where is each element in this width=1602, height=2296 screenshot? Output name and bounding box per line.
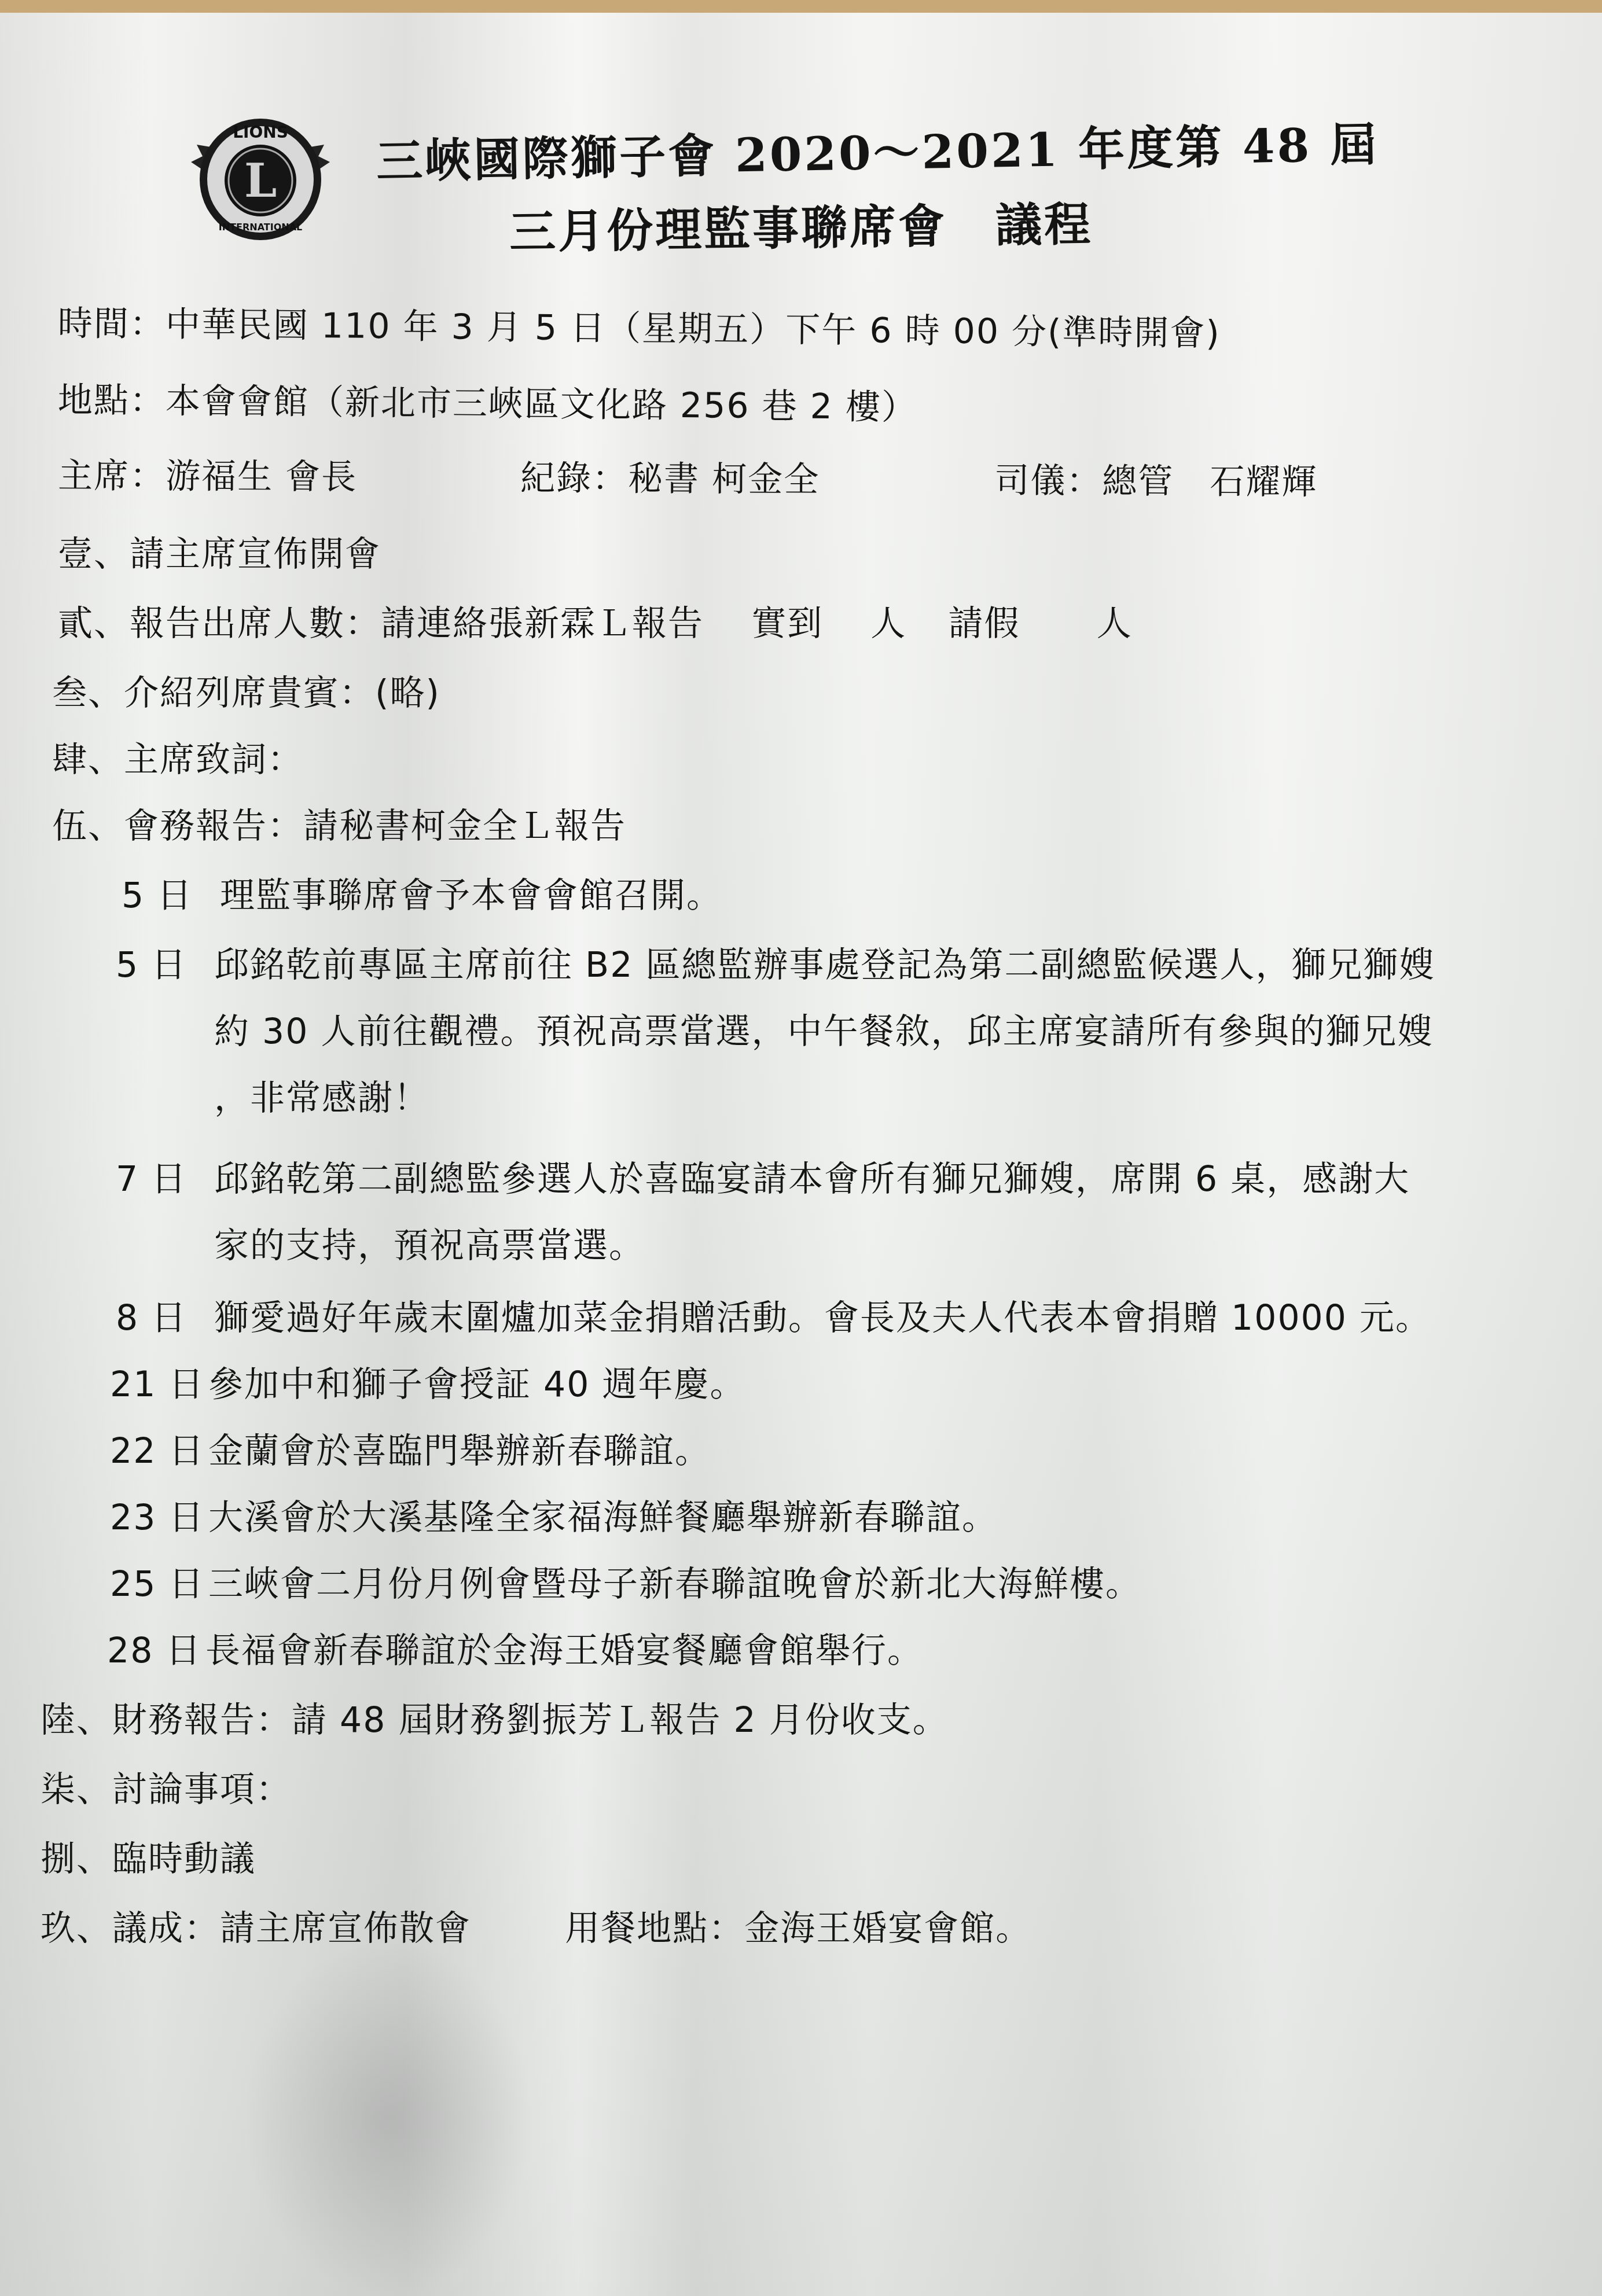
- report-item: 25 日三峽會二月份月例會暨母子新春聯誼晚會於新北大海鮮樓。: [110, 1557, 1141, 1606]
- report-item: 7 日邱銘乾第二副總監參選人於喜臨宴請本會所有獅兄獅嫂，席開 6 桌，感謝大: [116, 1151, 1410, 1201]
- agenda-item-2: 貳、報告出席人數：請連絡張新霖Ｌ報告 實到 人 請假 人: [58, 596, 1133, 646]
- place-label: 地點：: [58, 380, 166, 422]
- lions-international-logo-icon: L LIONS INTERNATIONAL: [185, 104, 336, 255]
- document-title-line2: 三月份理監事聯席會 議程: [509, 187, 1093, 262]
- dinner-location: 用餐地點：金海王婚宴會館。: [565, 1908, 1031, 1949]
- time-value: 中華民國 110 年 3 月 5 日（星期五）下午 6 時 00 分(準時開會): [166, 304, 1221, 354]
- agenda-item-7: 柒、討論事項：: [41, 1762, 292, 1812]
- record-value: 秘書 柯金全: [628, 458, 820, 500]
- report-item: 23 日大溪會於大溪基隆全家福海鮮餐廳舉辦新春聯誼。: [110, 1490, 998, 1540]
- mc-value: 總管 石耀輝: [1102, 461, 1317, 503]
- document-title-line1: 三峽國際獅子會 2020～2021 年度第 48 屆: [376, 107, 1379, 191]
- report-item: 22 日金蘭會於喜臨門舉辦新春聯誼。: [110, 1423, 711, 1473]
- report-item: 21 日參加中和獅子會授証 40 週年慶。: [110, 1357, 746, 1407]
- mc-label: 司儀：: [994, 461, 1102, 502]
- agenda-item-5: 伍、會務報告：請秘書柯金全Ｌ報告: [52, 799, 626, 848]
- report-item-continuation: 家的支持，預祝高票當選。: [214, 1218, 645, 1268]
- document-header: L LIONS INTERNATIONAL 三峽國際獅子會 2020～2021 …: [185, 104, 1343, 266]
- agenda-item-1: 壹、請主席宣佈開會: [58, 527, 381, 576]
- present-label: 實到: [751, 604, 823, 644]
- present-unit: 人: [870, 604, 906, 644]
- leave-label: 請假: [948, 604, 1020, 644]
- agenda-item-4: 肆、主席致詞：: [52, 732, 303, 782]
- record-label: 紀錄：: [520, 458, 628, 499]
- agenda-item-6: 陸、財務報告：請 48 屆財務劉振芳Ｌ報告 2 月份收支。: [41, 1692, 949, 1742]
- chair-label: 主席：: [58, 455, 166, 496]
- place-value: 本會會館（新北市三峽區文化路 256 巷 2 樓）: [166, 381, 918, 428]
- meeting-place: 地點：本會會館（新北市三峽區文化路 256 巷 2 樓）: [58, 373, 918, 430]
- time-label: 時間：: [58, 303, 166, 345]
- report-item: 8 日獅愛過好年歲末圍爐加菜金捐贈活動。會長及夫人代表本會捐贈 10000 元。: [116, 1290, 1431, 1340]
- meeting-time: 時間：中華民國 110 年 3 月 5 日（星期五）下午 6 時 00 分(準時…: [58, 296, 1221, 356]
- report-item-continuation: 約 30 人前往觀禮。預祝高票當選，中午餐敘，邱主席宴請所有參與的獅兄嫂: [214, 1004, 1434, 1054]
- report-item: 28 日長福會新春聯誼於金海王婚宴餐廳會館舉行。: [107, 1623, 923, 1673]
- meeting-roles: 主席：游福生 會長 紀錄：秘書 柯金全 司儀：總管 石耀輝: [58, 448, 1318, 504]
- svg-text:INTERNATIONAL: INTERNATIONAL: [219, 222, 302, 233]
- svg-text:L: L: [244, 153, 277, 208]
- report-item: 5 日邱銘乾前專區主席前往 B2 區總監辦事處登記為第二副總監候選人，獅兄獅嫂: [116, 937, 1435, 987]
- chair-value: 游福生 會長: [166, 456, 357, 498]
- report-item: 5 日理監事聯席會予本會會館召開。: [122, 868, 722, 918]
- report-item-continuation: ，非常感謝！: [214, 1070, 429, 1120]
- hand-shadow: [243, 1938, 532, 2296]
- leave-unit: 人: [1097, 604, 1133, 644]
- agenda-item-9: 玖、議成：請主席宣佈散會 用餐地點：金海王婚宴會館。: [41, 1901, 1031, 1951]
- agenda-item-8: 捌、臨時動議: [41, 1831, 256, 1881]
- svg-text:LIONS: LIONS: [233, 123, 288, 142]
- agenda-item-3: 叁、介紹列席貴賓：(略): [52, 665, 440, 715]
